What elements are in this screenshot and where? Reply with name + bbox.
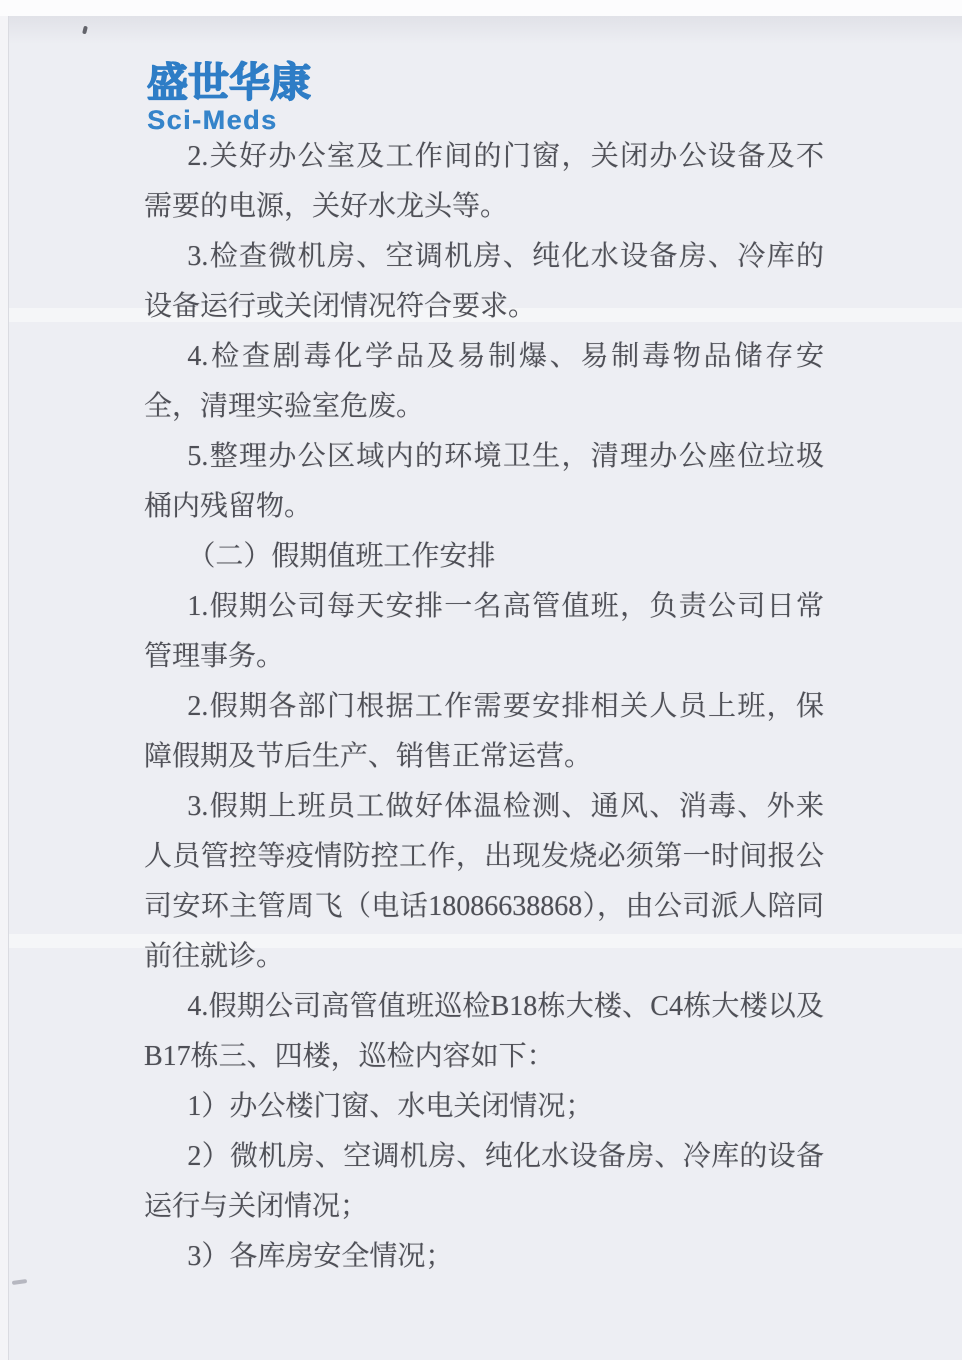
scan-shadow-band-top bbox=[9, 16, 962, 44]
doc-paragraph: 4.假期公司高管值班巡检B18栋大楼、C4栋大楼以及B17栋三、四楼，巡检内容如… bbox=[144, 982, 824, 1082]
scanned-page: 盛世华康 Sci-Meds 2.关好办公室及工作间的门窗，关闭办公设备及不需要的… bbox=[0, 0, 962, 1360]
paper-sheet: 盛世华康 Sci-Meds 2.关好办公室及工作间的门窗，关闭办公设备及不需要的… bbox=[8, 16, 962, 1360]
doc-list-item: 3）各库房安全情况； bbox=[144, 1232, 824, 1282]
doc-paragraph: 2.关好办公室及工作间的门窗，关闭办公设备及不需要的电源，关好水龙头等。 bbox=[144, 132, 824, 232]
doc-paragraph: 3.假期上班员工做好体温检测、通风、消毒、外来人员管控等疫情防控工作，出现发烧必… bbox=[144, 782, 824, 982]
logo-english-wordmark: Sci-Meds bbox=[147, 107, 311, 134]
doc-list-item: 1）办公楼门窗、水电关闭情况； bbox=[144, 1082, 824, 1132]
scan-smudge-mark bbox=[12, 1279, 27, 1285]
doc-list-item: 2）微机房、空调机房、纯化水设备房、冷库的设备运行与关闭情况； bbox=[144, 1132, 824, 1232]
doc-paragraph: 1.假期公司每天安排一名高管值班，负责公司日常管理事务。 bbox=[144, 582, 824, 682]
doc-section-heading: （二）假期值班工作安排 bbox=[144, 532, 824, 582]
scan-left-edge bbox=[0, 16, 8, 1360]
doc-paragraph: 5.整理办公区域内的环境卫生，清理办公座位垃圾桶内残留物。 bbox=[144, 432, 824, 532]
document-body: 2.关好办公室及工作间的门窗，关闭办公设备及不需要的电源，关好水龙头等。 3.检… bbox=[144, 132, 824, 1282]
company-logo: 盛世华康 Sci-Meds bbox=[147, 58, 311, 134]
doc-paragraph: 4.检查剧毒化学品及易制爆、易制毒物品储存安全，清理实验室危废。 bbox=[144, 332, 824, 432]
doc-paragraph: 2.假期各部门根据工作需要安排相关人员上班，保障假期及节后生产、销售正常运营。 bbox=[144, 682, 824, 782]
logo-chinese-wordmark: 盛世华康 bbox=[147, 58, 311, 106]
doc-paragraph: 3.检查微机房、空调机房、纯化水设备房、冷库的设备运行或关闭情况符合要求。 bbox=[144, 232, 824, 332]
